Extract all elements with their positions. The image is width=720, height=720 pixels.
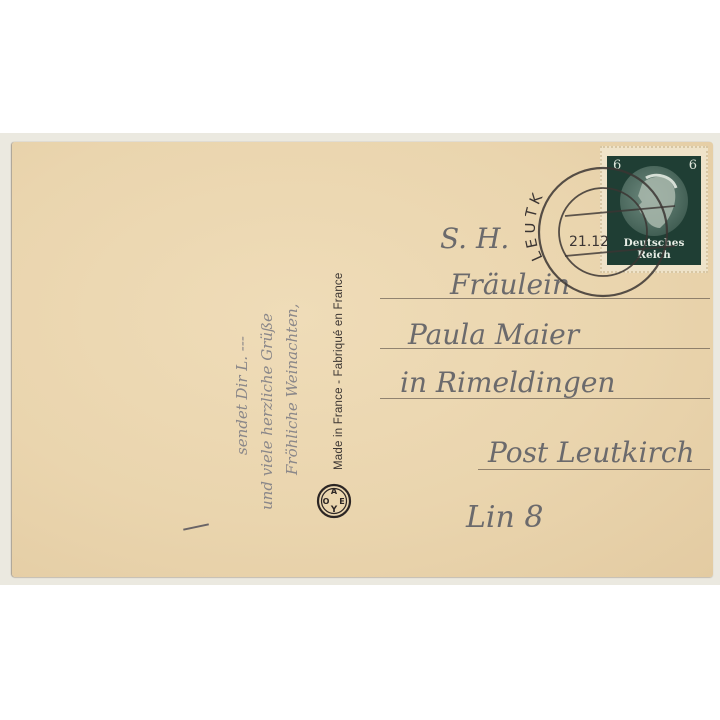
svg-text:O: O <box>323 497 330 506</box>
postmark-cancel: LEUTK 21.12 <box>525 158 715 308</box>
svg-text:Y: Y <box>330 505 338 515</box>
svg-text:E: E <box>339 497 344 506</box>
greeting-line-3: sendet Dir L. --- <box>233 336 251 455</box>
address-note: Lin 8 <box>466 500 543 535</box>
address-post: Post Leutkirch <box>488 436 695 469</box>
address-rule-4 <box>478 469 710 470</box>
publisher-logo-icon: A O E Y <box>316 482 352 520</box>
address-name: Paula Maier <box>408 318 579 351</box>
svg-text:A: A <box>331 487 338 496</box>
postmark-date: 21.12 <box>569 234 609 250</box>
imprint-text: Made in France - Fabriqué en France <box>333 273 345 470</box>
address-title: S. H. <box>440 222 509 255</box>
address-town: in Rimeldingen <box>400 366 615 399</box>
greeting-line-2: und viele herzliche Grüße <box>258 313 276 510</box>
greeting-line-1: Fröhliche Weinachten, <box>283 304 301 475</box>
svg-text:LEUTK: LEUTK <box>525 187 548 264</box>
postmark-town: LEUTK <box>525 187 548 264</box>
